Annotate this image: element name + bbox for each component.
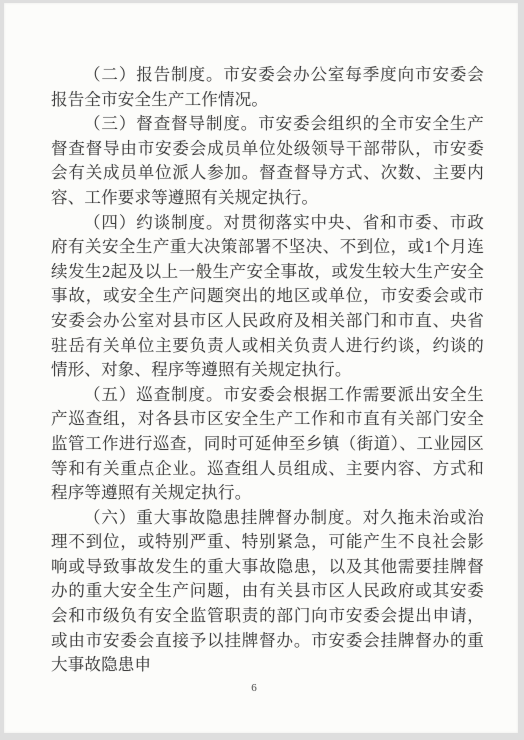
paragraph-hazard-listing-system: （六）重大事故隐患挂牌督办制度。对久拖未治或治理不到位，或特别严重、特别紧急，可… — [51, 506, 484, 678]
scan-background: { "page": { "background_color": "#fcfcfa… — [0, 0, 524, 740]
document-page: （二）报告制度。市安委会办公室每季度向市安委会报告全市安全生产工作情况。 （三）… — [4, 3, 518, 733]
paragraph-report-system: （二）报告制度。市安委会办公室每季度向市安委会报告全市安全生产工作情况。 — [51, 63, 484, 112]
paragraph-inspection-system: （五）巡查制度。市安委会根据工作需要派出安全生产巡查组，对各县市区安全生产工作和… — [51, 383, 484, 506]
paragraph-supervision-system: （三）督查督导制度。市安委会组织的全市安全生产督查督导由市安委会成员单位处级领导… — [51, 112, 484, 210]
page-content: （二）报告制度。市安委会办公室每季度向市安委会报告全市安全生产工作情况。 （三）… — [51, 63, 484, 678]
paragraph-interview-system: （四）约谈制度。对贯彻落实中央、省和市委、市政府有关安全生产重大决策部署不坚决、… — [51, 211, 484, 383]
page-number: 6 — [4, 682, 504, 694]
